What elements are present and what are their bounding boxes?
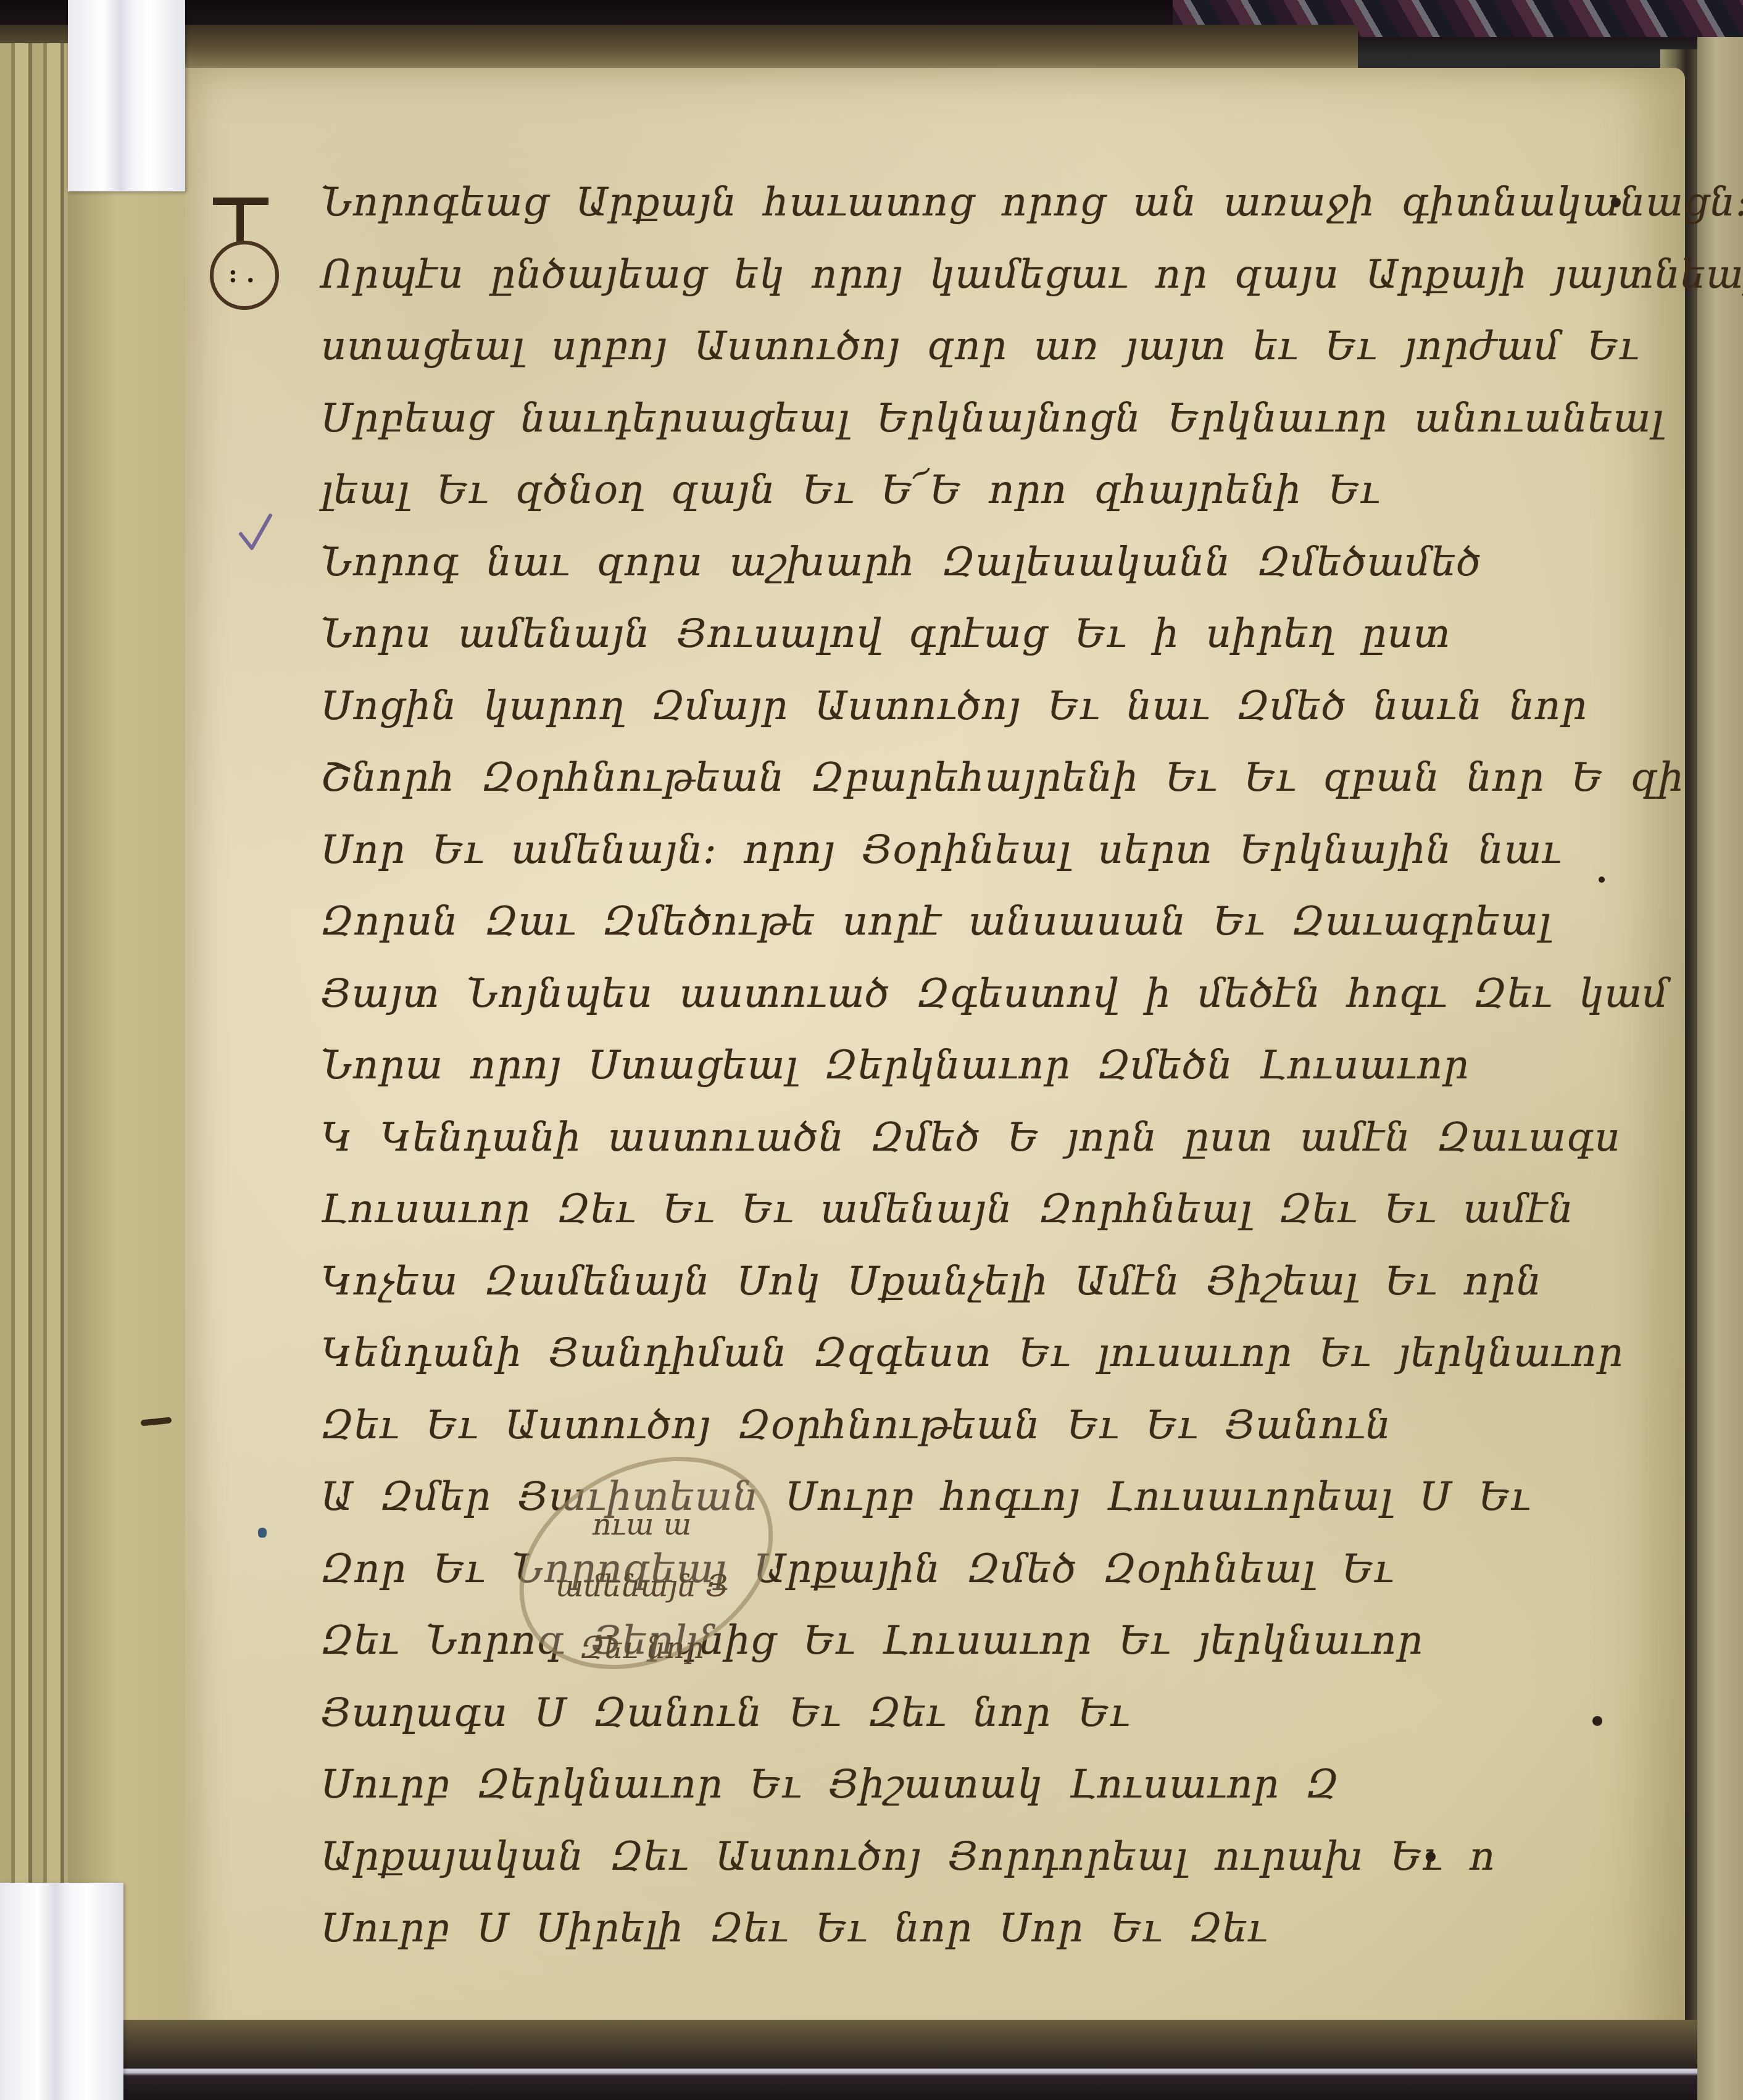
book-bottom-edge	[93, 2020, 1697, 2100]
text-line: Կ Կենդանի աստուածն Զմեծ Ե յորն ըստ ամէն …	[321, 1102, 1580, 1174]
manuscript-text-block: Նորոգեաց Արքայն հաւատոց որոց ան առաջի գի…	[321, 167, 1580, 1965]
left-page-inner	[68, 68, 191, 2056]
text-line: Նորա որոյ Ստացեալ Զերկնաւոր Զմեծն Լուսաւ…	[321, 1030, 1580, 1102]
text-line: Զոր Եւ Նորոգեալ Արքային Զմեծ Զօրհնեալ Եւ	[321, 1533, 1580, 1606]
text-line: Յայտ Նոյնպես աստուած Զգեստով ի մեծէն հոգ…	[321, 958, 1580, 1030]
stain-text-line: ամենայն Յ	[531, 1556, 753, 1617]
next-page-edge	[1697, 37, 1743, 2100]
initial-stem	[236, 198, 244, 244]
text-line: Յաղագս Ս Զանուն Եւ Զեւ նոր Եւ	[321, 1677, 1580, 1749]
text-line: Արքայական Զեւ Աստուծոյ Յորդորեալ ուրախ Ե…	[321, 1821, 1580, 1893]
page-clip-bottom	[0, 1883, 123, 2100]
margin-dot	[1611, 198, 1621, 207]
text-line: Նորոգ նաւ զորս աշխարհ Զալեսականն Զմեծամե…	[321, 527, 1580, 599]
text-line: Սոցին կարող Զմայր Աստուծոյ Եւ նաւ Զմեծ ն…	[321, 670, 1580, 743]
stain-ghost-text: ուա ա ամենայն Յ Զեւ նոր	[531, 1494, 753, 1630]
text-line: Կենդանի Յանդիման Զզգեստ Եւ լուսաւոր Եւ յ…	[321, 1317, 1580, 1390]
ink-spot	[258, 1528, 267, 1538]
stain-text-line: ուա ա	[531, 1494, 753, 1556]
page-clip-top	[68, 0, 185, 191]
margin-dot	[1592, 1716, 1602, 1726]
text-line: Զեւ Նորոգ Յերկնից Եւ Լուսաւոր Եւ յերկնաւ…	[321, 1605, 1580, 1677]
check-icon	[235, 506, 284, 556]
margin-dot	[1426, 1852, 1436, 1862]
text-line: լեալ Եւ զծնօղ զայն Եւ Ե՜Ե որո զհայրենի Ե…	[321, 454, 1580, 527]
text-line: Որպէս ընծայեաց եկ որոյ կամեցաւ որ զայս Ա…	[321, 239, 1580, 311]
stain-text-line: Զեւ նոր	[531, 1617, 753, 1679]
text-line: Զեւ Եւ Աստուծոյ Զօրհնութեան Եւ Եւ Յանուն	[321, 1390, 1580, 1462]
text-line: Նորս ամենայն Յուսալով գրէաց Եւ ի սիրեղ ը…	[321, 598, 1580, 670]
initial-inner-mark: : .	[228, 259, 255, 288]
text-line: Սրբեաց նաւդերսացեալ Երկնայնոցն Երկնաւոր …	[321, 383, 1580, 455]
text-line: Զորսն Զաւ Զմեծութե սորէ անսասան Եւ Զաւագ…	[321, 886, 1580, 958]
text-line: Լուսաւոր Զեւ Եւ Եւ ամենայն Զորհնեալ Զեւ …	[321, 1173, 1580, 1246]
text-line: Նորոգեաց Արքայն հաւատոց որոց ան առաջի գի…	[321, 167, 1580, 239]
margin-dot	[1599, 877, 1605, 883]
text-line: Սոր Եւ ամենայն։ որոյ Յօրինեալ սերտ Երկնա…	[321, 814, 1580, 886]
text-line: ստացեալ սրբոյ Աստուծոյ զոր առ յայտ եւ Եւ…	[321, 310, 1580, 383]
text-line: Սուրբ Զերկնաւոր Եւ Յիշատակ Լուսաւոր Զ	[321, 1749, 1580, 1821]
text-line: Կոչեա Զամենայն Սոկ Սքանչելի Ամէն Յիշեալ …	[321, 1246, 1580, 1318]
text-line: Սուրբ Ս Սիրելի Զեւ Եւ նոր Սոր Եւ Զեւ	[321, 1893, 1580, 1965]
text-line: Շնորհ Զօրհնութեան Զբարեհայրենի Եւ Եւ զբա…	[321, 742, 1580, 814]
text-line: Ա Զմեր Յաւիտեան Սուրբ հոգւոյ Լուսաւորեալ…	[321, 1461, 1580, 1533]
